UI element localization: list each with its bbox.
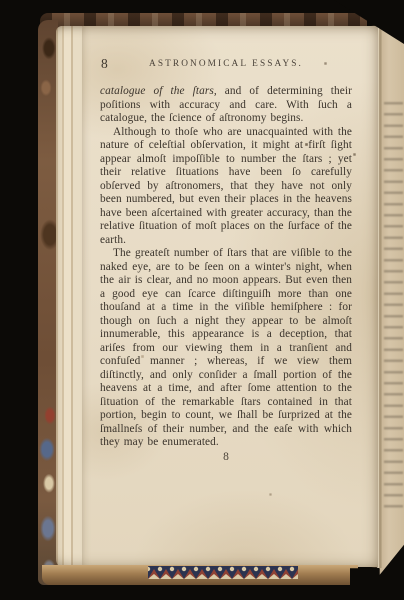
next-page-edge: [379, 24, 404, 576]
paragraph: catalogue of the ſtars, and of determini…: [100, 85, 352, 126]
marbled-zigzag-pattern: [148, 566, 298, 579]
signature-mark: 8: [100, 451, 352, 465]
page-specks: [82, 26, 83, 27]
ghost-text-bleedthrough: [384, 102, 403, 516]
paragraph: The greateſt number of ſtars that are vi…: [100, 247, 352, 450]
paragraph-text: The greateſt number of ſtars that are vi…: [100, 247, 352, 448]
page-header: 8 ASTRONOMICAL ESSAYS.: [100, 59, 352, 69]
book-page: 8 ASTRONOMICAL ESSAYS. catalogue of the …: [82, 26, 378, 567]
book-photograph: 8 ASTRONOMICAL ESSAYS. catalogue of the …: [0, 0, 404, 600]
body-text: catalogue of the ſtars, and of determini…: [100, 85, 352, 464]
paragraph: Although to thoſe who are unacquainted w…: [100, 126, 352, 248]
page-number: 8: [101, 56, 108, 72]
book-left-board-marbled-edge: [38, 20, 58, 585]
running-title: ASTRONOMICAL ESSAYS.: [100, 59, 352, 69]
paragraph-text: Although to thoſe who are unacquainted w…: [100, 126, 352, 246]
paragraph-italic-lead: catalogue of the ſtars,: [100, 85, 217, 97]
